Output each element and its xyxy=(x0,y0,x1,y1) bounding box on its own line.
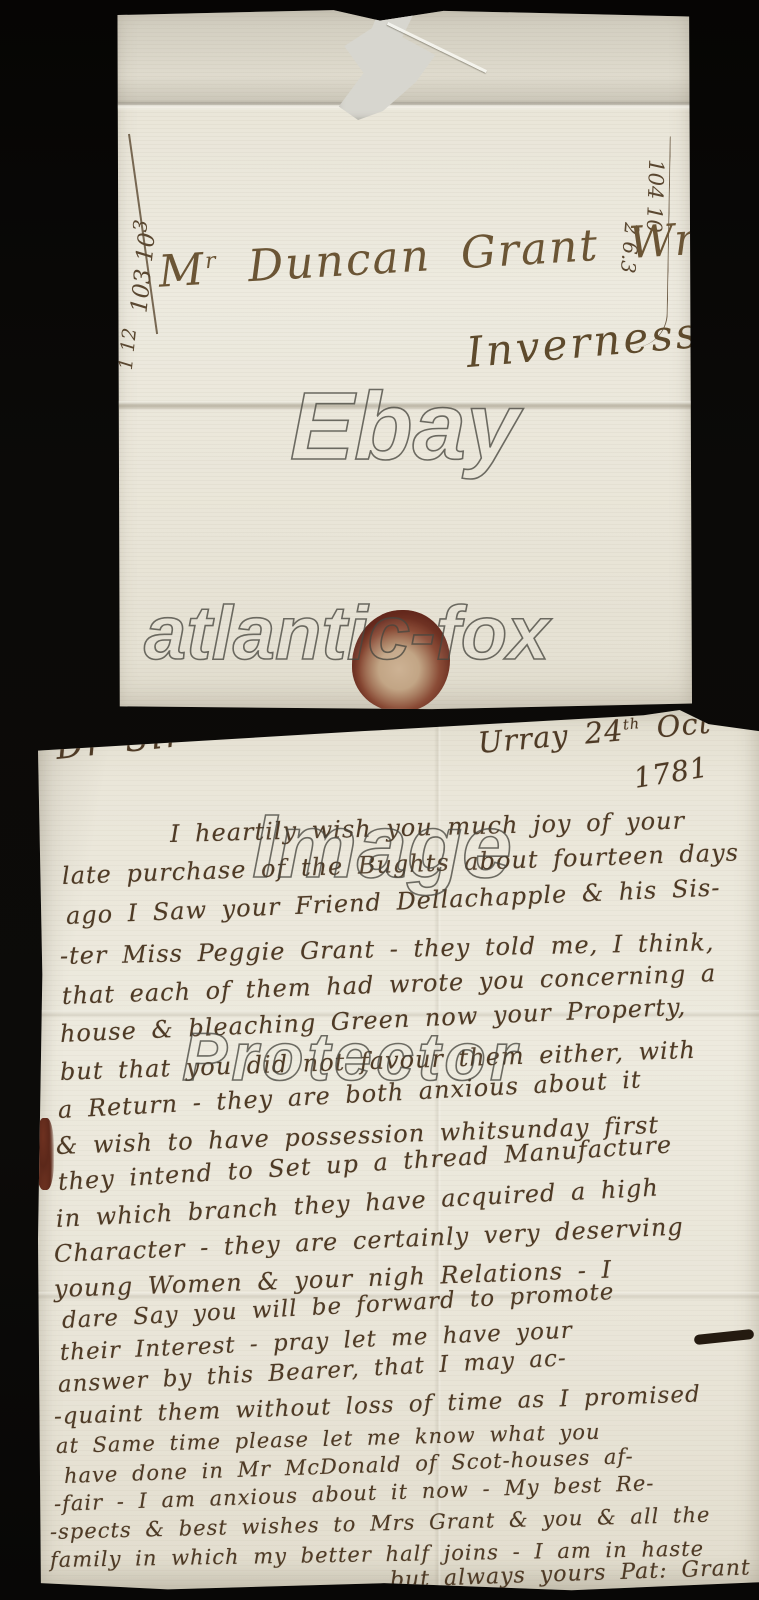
address-honorific: M xyxy=(157,244,207,298)
dateline-month-sup: r xyxy=(710,709,719,726)
wax-remnant xyxy=(36,1118,54,1190)
dateline-month: Oct xyxy=(639,706,713,746)
listing-photo: 103 103 1 12 104 10 2 6.3 Mr Duncan Gran… xyxy=(0,0,759,1600)
protector-watermark-line2: Protector xyxy=(182,1018,520,1096)
dateline-place-day: Urray 24 xyxy=(477,713,625,760)
address-name: Duncan Grant Writer xyxy=(217,209,759,294)
marking-left-sup: 3 xyxy=(128,219,152,234)
ink-blot xyxy=(694,1329,755,1345)
letter-dateline: Urray 24th Octr xyxy=(477,705,721,760)
ebay-watermark: Ebay xyxy=(290,372,519,482)
letter-page-paper: Dr Sir Urray 24th Octr 1781 I heartily w… xyxy=(38,710,759,1592)
letter-salutation: Dr Sir xyxy=(54,715,186,768)
address-line-1: Mr Duncan Grant Writer in xyxy=(157,205,759,298)
seller-watermark: atlantic-fox xyxy=(144,590,549,677)
letter-year: 1781 xyxy=(631,750,711,794)
address-line-2: Inverness xyxy=(464,308,702,377)
cover-paper: 103 103 1 12 104 10 2 6.3 Mr Duncan Gran… xyxy=(114,8,692,712)
fold-crease-top xyxy=(114,102,692,111)
marking-left-value: 103 10 xyxy=(127,231,161,314)
dateline-day-sup: th xyxy=(622,716,641,733)
postal-marking-left-secondary: 1 12 xyxy=(113,308,143,390)
protector-watermark-line1: Image xyxy=(252,796,512,899)
